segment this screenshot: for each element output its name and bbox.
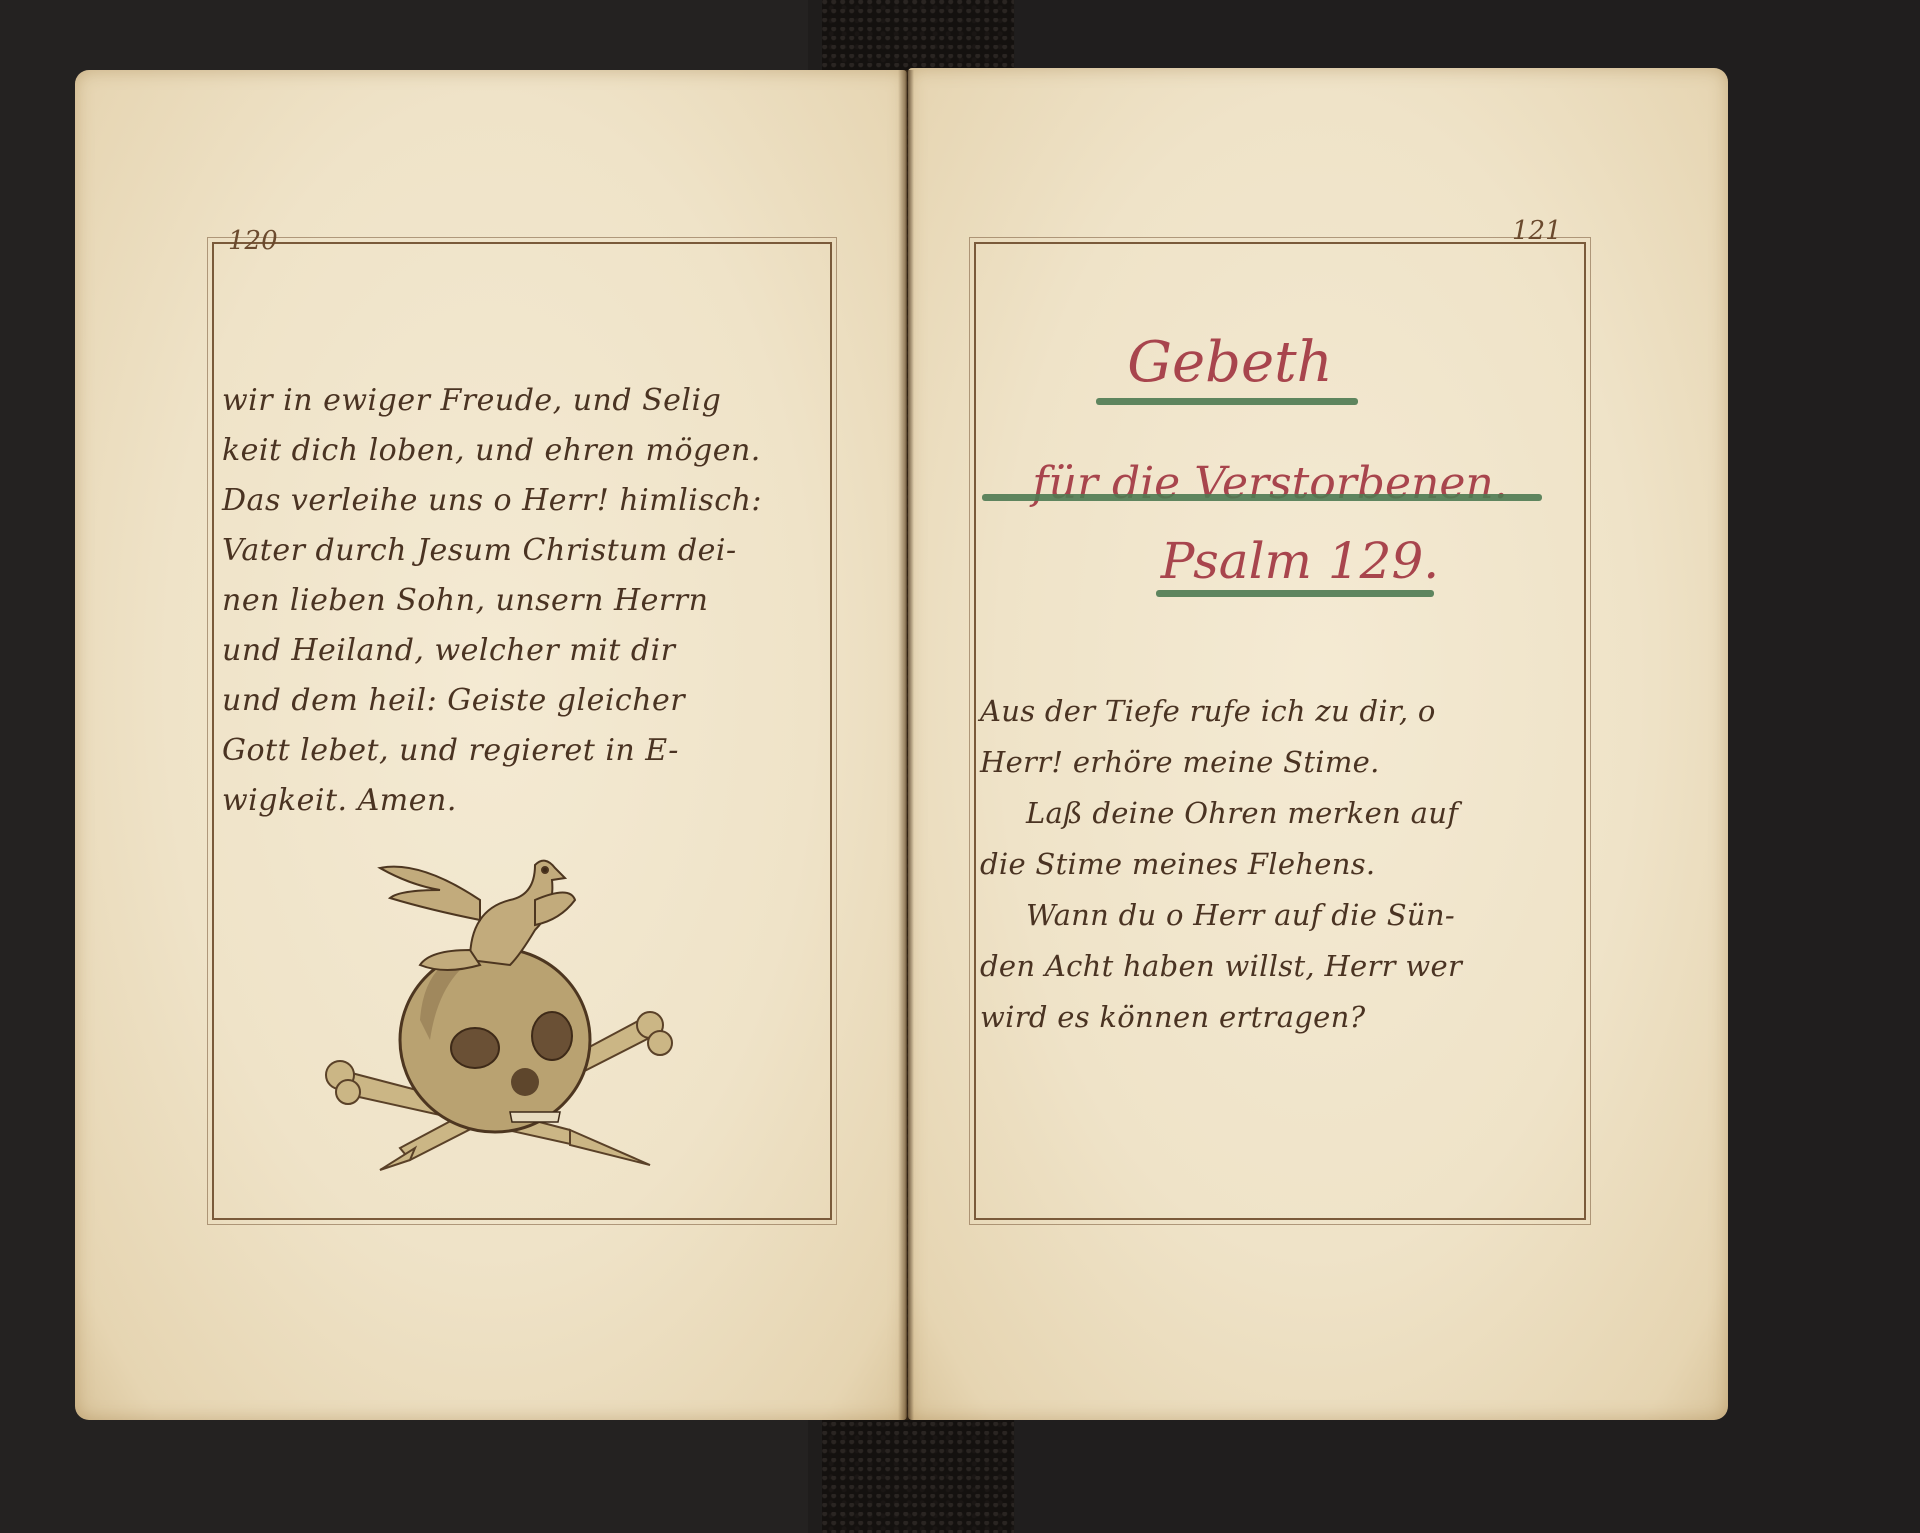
text-line: Das verleihe uns o Herr! himlisch: <box>222 476 822 526</box>
text-line: wigkeit. Amen. <box>222 776 822 826</box>
text-line: Herr! erhöre meine Stime. <box>980 737 1580 788</box>
text-line: den Acht haben willst, Herr wer <box>980 941 1580 992</box>
text-line: und dem heil: Geiste gleicher <box>222 676 822 726</box>
text-line: wird es können ertragen? <box>980 992 1580 1043</box>
text-line: Wann du o Herr auf die Sün- <box>980 890 1580 941</box>
page-gutter <box>898 70 914 1420</box>
text-line: wir in ewiger Freude, und Selig <box>222 376 822 426</box>
text-line: Aus der Tiefe rufe ich zu dir, o <box>980 686 1580 737</box>
text-line: und Heiland, welcher mit dir <box>222 626 822 676</box>
green-underline <box>1156 590 1434 597</box>
text-line: nen lieben Sohn, unsern Herrn <box>222 576 822 626</box>
text-line: Gott lebet, und regieret in E- <box>222 726 822 776</box>
green-underline <box>982 494 1542 501</box>
heading-psalm-number: Psalm 129. <box>1150 532 1450 590</box>
right-page-number: 121 <box>1512 216 1562 246</box>
text-line: Vater durch Jesum Christum dei- <box>222 526 822 576</box>
heading-gebeth: Gebeth <box>1090 330 1370 395</box>
text-line: die Stime meines Flehens. <box>980 839 1580 890</box>
skull-crossbones-bird-icon <box>320 840 680 1180</box>
right-page-text: Aus der Tiefe rufe ich zu dir, o Herr! e… <box>980 686 1580 1043</box>
left-page-number: 120 <box>228 226 278 256</box>
text-line: keit dich loben, und ehren mögen. <box>222 426 822 476</box>
text-line: Laß deine Ohren merken auf <box>980 788 1580 839</box>
green-underline <box>1096 398 1358 405</box>
heading-fuer-die-verstorbenen: für die Verstorbenen. <box>980 458 1560 509</box>
left-page-text: wir in ewiger Freude, und Selig keit dic… <box>222 376 822 826</box>
